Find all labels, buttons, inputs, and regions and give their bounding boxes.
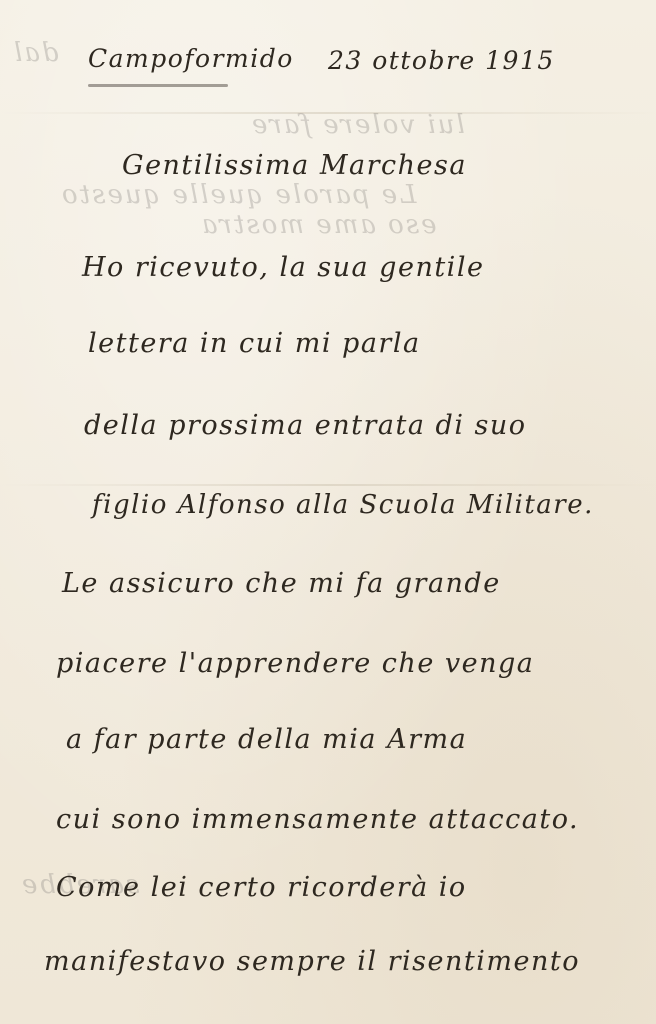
letter-body-line: cui sono immensamente attaccato.	[56, 804, 579, 835]
letter-place: Campoformido	[88, 44, 294, 73]
place-underline	[88, 84, 228, 87]
paper-fold	[0, 484, 656, 486]
letter-body-line: piacere l'apprendere che venga	[56, 648, 534, 679]
bleed-through-text: lui volere fare	[250, 110, 465, 140]
letter-body-line: Come lei certo ricorderà io	[56, 872, 467, 903]
bleed-through-text: Le parole quelle questo	[60, 180, 416, 210]
letter-salutation: Gentilissima Marchesa	[122, 150, 467, 181]
letter-body-line: lettera in cui mi parla	[88, 328, 421, 359]
letter-body-line: della prossima entrata di suo	[84, 410, 527, 441]
bleed-through-text: eso ame mostra	[200, 210, 436, 240]
letter-body-line: Ho ricevuto, la sua gentile	[82, 252, 484, 283]
letter-body-line: figlio Alfonso alla Scuola Militare.	[92, 490, 594, 520]
letter-body-line: a far parte della mia Arma	[66, 724, 467, 755]
letter-date: 23 ottobre 1915	[328, 46, 555, 75]
letter-body-line: manifestavo sempre il risentimento	[44, 946, 580, 977]
bleed-through-text: dal	[12, 38, 58, 68]
letter-body-line: Le assicuro che mi fa grande	[62, 568, 501, 599]
